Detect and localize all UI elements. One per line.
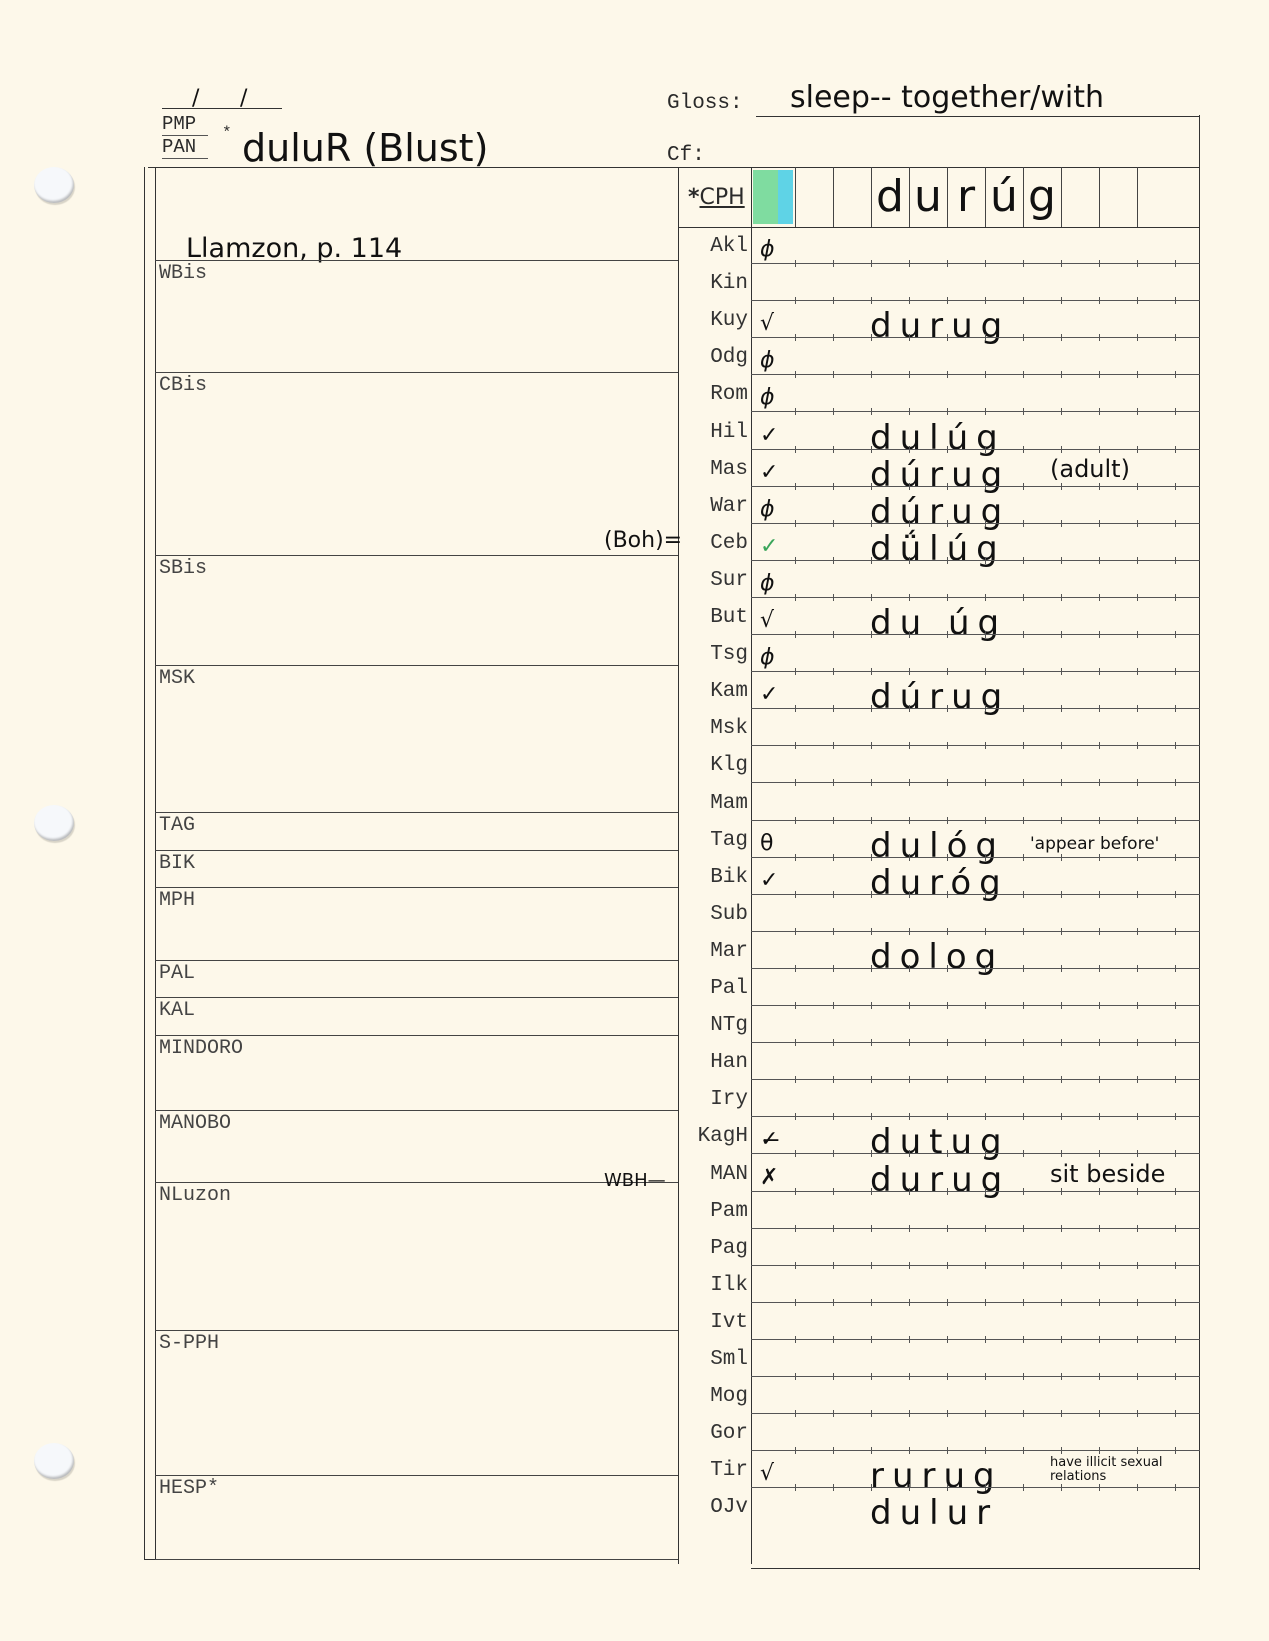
language-code-pal: Pal <box>678 977 748 1000</box>
status-mark: ϕ <box>760 497 775 522</box>
language-row: Ivt <box>678 1303 1200 1340</box>
highlight-cyan <box>778 170 793 224</box>
status-mark: ϕ <box>760 237 775 262</box>
subgroup-box: PAL <box>155 960 678 998</box>
binder-hole-middle <box>34 805 74 841</box>
subgroup-label: WBis <box>159 262 207 285</box>
language-row: Pal <box>678 969 1200 1006</box>
language-code-han: Han <box>678 1051 748 1074</box>
language-row: Klg <box>678 746 1200 783</box>
language-code-iry: Iry <box>678 1088 748 1111</box>
language-code-mar: Mar <box>678 940 748 963</box>
side-note-boh: (Boh)= <box>604 528 682 553</box>
cph-cell-divider <box>833 167 834 227</box>
reflex-note: (adult) <box>1050 455 1130 483</box>
language-code-tsg: Tsg <box>678 643 748 666</box>
cph-cell-divider <box>1137 167 1138 227</box>
status-mark: ϕ <box>760 645 775 670</box>
language-row: Msk <box>678 709 1200 746</box>
language-row: Ceb✓dǘlúg <box>678 524 1200 561</box>
language-code-kagh: KagH <box>678 1125 748 1148</box>
subgroup-label: CBis <box>159 374 207 397</box>
language-code-war: War <box>678 495 748 518</box>
language-row: Mardolog <box>678 932 1200 969</box>
language-row: Kin <box>678 264 1200 301</box>
table-bottom-rule <box>751 1568 1200 1569</box>
language-row: Bik✓duróg <box>678 858 1200 895</box>
subgroup-label: SBis <box>159 557 207 580</box>
language-code-gor: Gor <box>678 1422 748 1445</box>
language-row: Gor <box>678 1414 1200 1451</box>
language-code-tir: Tir <box>678 1459 748 1482</box>
language-code-ilk: Ilk <box>678 1274 748 1297</box>
subgroup-box: MANOBO <box>155 1110 678 1183</box>
subgroup-label: MANOBO <box>159 1112 231 1135</box>
subgroup-label: S-PPH <box>159 1332 219 1355</box>
subgroup-label: TAG <box>159 814 195 837</box>
subgroup-box: CBis <box>155 372 678 556</box>
reflex-note: 'appear before' <box>1030 834 1159 854</box>
language-row: Hil✓dulúg <box>678 413 1200 450</box>
language-code-ojv: OJv <box>678 1496 748 1519</box>
subgroup-label: NLuzon <box>159 1184 231 1207</box>
proto-label-pmp: PMP <box>162 113 208 136</box>
status-mark: ✓ <box>760 423 778 448</box>
language-row: But√du úg <box>678 598 1200 635</box>
subgroup-box: KAL <box>155 997 678 1036</box>
cph-letter: r <box>947 171 985 222</box>
subgroup-box: MINDORO <box>155 1035 678 1111</box>
status-mark: √ <box>760 1461 774 1486</box>
gloss-label: Gloss: <box>667 92 743 115</box>
subgroup-label: MSK <box>159 667 195 690</box>
subgroup-label: MPH <box>159 889 195 912</box>
status-mark: ✗ <box>760 1165 778 1190</box>
language-code-sub: Sub <box>678 903 748 926</box>
language-code-msk: Msk <box>678 717 748 740</box>
subgroup-label: MINDORO <box>159 1037 243 1060</box>
subgroup-box: MSK <box>155 665 678 813</box>
language-row: KagH✓̶dutug <box>678 1117 1200 1154</box>
language-row: Iry <box>678 1080 1200 1117</box>
language-row: Warϕdúrug <box>678 487 1200 524</box>
language-code-ntg: NTg <box>678 1014 748 1037</box>
binder-hole-top <box>34 167 74 203</box>
language-row: Romϕ <box>678 375 1200 412</box>
language-row: Tagθdulóg'appear before' <box>678 821 1200 858</box>
cph-letter: g <box>1023 171 1061 222</box>
language-code-kin: Kin <box>678 272 748 295</box>
binder-hole-bottom <box>34 1443 74 1479</box>
language-row: Ilk <box>678 1266 1200 1303</box>
status-mark: ✓ <box>760 868 778 893</box>
language-code-sur: Sur <box>678 569 748 592</box>
language-code-ivt: Ivt <box>678 1311 748 1334</box>
proto-label-pan: PAN <box>162 136 208 159</box>
language-code-mas: Mas <box>678 458 748 481</box>
subgroup-box: HESP* <box>155 1475 678 1560</box>
status-mark: ϕ <box>760 571 775 596</box>
language-row: Mog <box>678 1377 1200 1414</box>
proto-form: duluR (Blust) <box>242 126 488 170</box>
date-underline <box>162 108 282 109</box>
subgroup-box: BIK <box>155 850 678 888</box>
language-row: Tsgϕ <box>678 635 1200 672</box>
reflex-note: have illicit sexual relations <box>1050 1456 1200 1484</box>
language-code-mog: Mog <box>678 1385 748 1408</box>
subgroup-label: PAL <box>159 962 195 985</box>
reflex-note: sit beside <box>1050 1160 1165 1188</box>
language-code-klg: Klg <box>678 754 748 777</box>
status-mark: θ <box>760 831 773 856</box>
language-code-kuy: Kuy <box>678 309 748 332</box>
status-mark: √ <box>760 608 774 633</box>
language-row: Tir√rurughave illicit sexual relations <box>678 1451 1200 1488</box>
status-mark: ✓̶ <box>760 1127 778 1152</box>
status-mark: ϕ <box>760 348 775 373</box>
status-mark: ϕ <box>760 385 775 410</box>
language-code-hil: Hil <box>678 421 748 444</box>
subgroup-box: WBis <box>155 260 678 373</box>
cph-letter: ú <box>985 171 1023 222</box>
status-mark: ✓ <box>760 682 778 707</box>
language-code-but: But <box>678 606 748 629</box>
language-row: OJvdulur <box>678 1488 1200 1525</box>
subgroup-box: NLuzon <box>155 1182 678 1331</box>
language-row: Pag <box>678 1229 1200 1266</box>
language-row: Mam <box>678 784 1200 821</box>
subgroup-label: KAL <box>159 999 195 1022</box>
language-code-pag: Pag <box>678 1237 748 1260</box>
gloss-value: sleep-- together/with <box>790 80 1104 115</box>
language-code-pam: Pam <box>678 1200 748 1223</box>
language-row: Odgϕ <box>678 338 1200 375</box>
cph-label: *CPH <box>688 185 745 210</box>
language-code-mam: Mam <box>678 792 748 815</box>
cph-cell-divider <box>1061 167 1062 227</box>
cph-cell-divider <box>795 167 796 227</box>
language-row: Sub <box>678 895 1200 932</box>
language-code-sml: Sml <box>678 1348 748 1371</box>
language-row: Kam✓dúrug <box>678 672 1200 709</box>
language-code-odg: Odg <box>678 346 748 369</box>
status-mark: ✓ <box>760 460 778 485</box>
cf-label: Cf: <box>667 144 705 167</box>
language-row: NTg <box>678 1006 1200 1043</box>
cph-letter: u <box>909 171 947 222</box>
subgroup-box: MPH <box>155 887 678 961</box>
reflex-form: dulur <box>870 1493 998 1533</box>
language-row: Han <box>678 1043 1200 1080</box>
cph-letter: d <box>871 171 909 222</box>
cph-cell-divider <box>1099 167 1100 227</box>
language-row: Surϕ <box>678 561 1200 598</box>
side-note-wbh: WBH— <box>604 1170 666 1191</box>
language-code-akl: Akl <box>678 235 748 258</box>
status-mark: ✓ <box>760 534 778 559</box>
cph-reconstruction-row: *CPH durúg <box>678 167 1200 228</box>
language-code-kam: Kam <box>678 680 748 703</box>
language-row: MAN✗durugsit beside <box>678 1155 1200 1192</box>
status-mark: √ <box>760 311 774 336</box>
language-row: Aklϕ <box>678 227 1200 264</box>
subgroup-box: SBis <box>155 555 678 666</box>
gloss-underline <box>756 116 1200 117</box>
highlight-green <box>753 170 778 224</box>
language-row: Sml <box>678 1340 1200 1377</box>
language-row: Mas✓dúrug(adult) <box>678 450 1200 487</box>
language-code-rom: Rom <box>678 383 748 406</box>
language-row: Pam <box>678 1192 1200 1229</box>
language-row: Kuy√durug <box>678 301 1200 338</box>
subgroup-box: TAG <box>155 812 678 851</box>
proto-language-labels: PMP PAN <box>162 113 208 159</box>
language-code-man: MAN <box>678 1163 748 1186</box>
language-code-tag: Tag <box>678 829 748 852</box>
source-box <box>155 167 678 261</box>
subgroup-box: S-PPH <box>155 1330 678 1476</box>
language-code-ceb: Ceb <box>678 532 748 555</box>
subgroup-label: BIK <box>159 852 195 875</box>
language-code-bik: Bik <box>678 866 748 889</box>
proto-star: * <box>222 124 232 142</box>
subgroup-label: HESP* <box>159 1477 219 1500</box>
